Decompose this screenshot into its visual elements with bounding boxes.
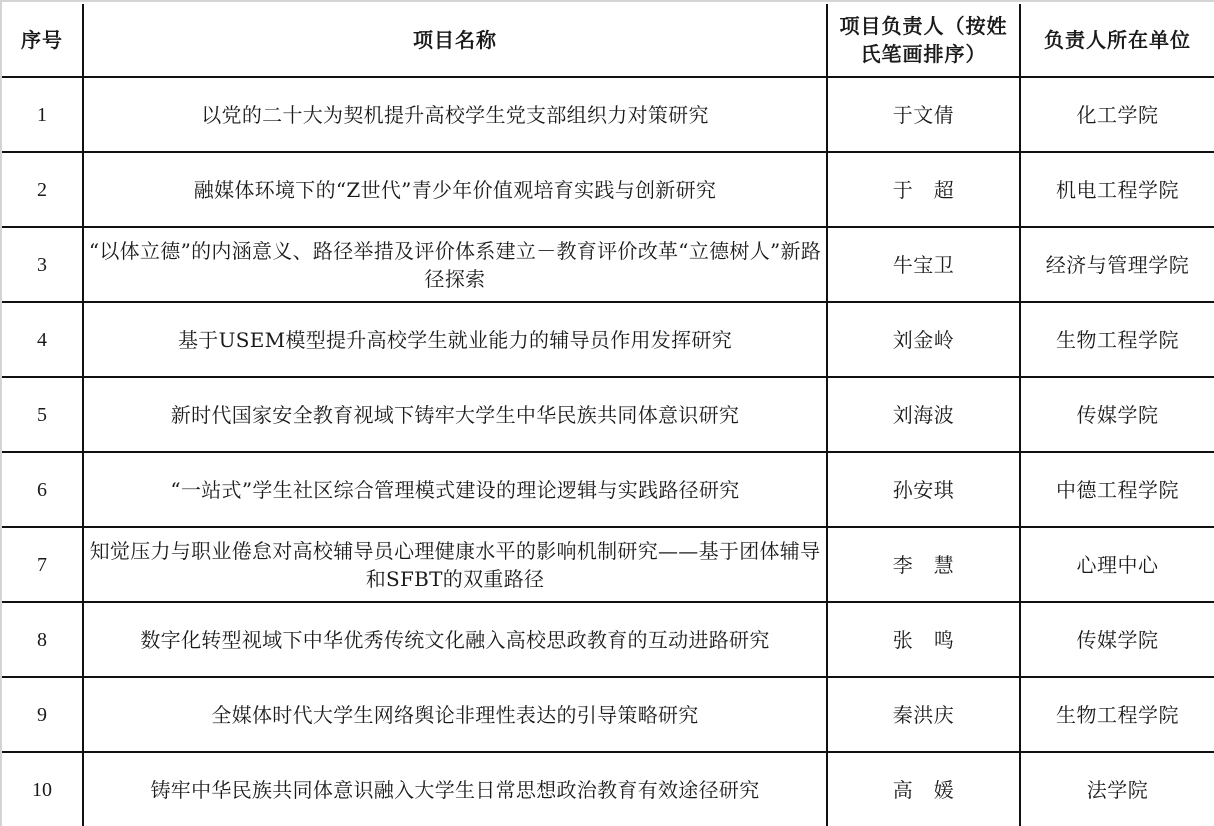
row-unit: 中德工程学院 [1020,452,1214,527]
document-page: 序号 项目名称 项目负责人（按姓氏笔画排序） 负责人所在单位 1 以党的二十大为… [0,0,1214,826]
row-project-name: 知觉压力与职业倦怠对高校辅导员心理健康水平的影响机制研究——基于团体辅导和SFB… [83,527,827,602]
header-no: 序号 [2,4,83,77]
row-no: 4 [2,302,83,377]
row-project-name: 新时代国家安全教育视域下铸牢大学生中华民族共同体意识研究 [83,377,827,452]
row-leader: 孙安琪 [827,452,1020,527]
row-unit: 化工学院 [1020,77,1214,152]
row-unit: 心理中心 [1020,527,1214,602]
header-leader-unit: 负责人所在单位 [1020,4,1214,77]
row-unit: 生物工程学院 [1020,677,1214,752]
header-project-leader: 项目负责人（按姓氏笔画排序） [827,4,1020,77]
project-table: 序号 项目名称 项目负责人（按姓氏笔画排序） 负责人所在单位 1 以党的二十大为… [2,4,1214,826]
row-project-name: 融媒体环境下的“Z世代”青少年价值观培育实践与创新研究 [83,152,827,227]
row-project-name: “以体立德”的内涵意义、路径举措及评价体系建立－教育评价改革“立德树人”新路径探… [83,227,827,302]
table-row: 8 数字化转型视域下中华优秀传统文化融入高校思政教育的互动进路研究 张 鸣 传媒… [2,602,1214,677]
row-unit: 生物工程学院 [1020,302,1214,377]
table-row: 6 “一站式”学生社区综合管理模式建设的理论逻辑与实践路径研究 孙安琪 中德工程… [2,452,1214,527]
row-leader: 张 鸣 [827,602,1020,677]
row-no: 8 [2,602,83,677]
row-leader: 牛宝卫 [827,227,1020,302]
header-project-name: 项目名称 [83,4,827,77]
row-leader: 李 慧 [827,527,1020,602]
row-no: 3 [2,227,83,302]
row-no: 7 [2,527,83,602]
table-header-row: 序号 项目名称 项目负责人（按姓氏笔画排序） 负责人所在单位 [2,4,1214,77]
row-no: 6 [2,452,83,527]
table-row: 10 铸牢中华民族共同体意识融入大学生日常思想政治教育有效途径研究 高 媛 法学… [2,752,1214,826]
row-project-name: 以党的二十大为契机提升高校学生党支部组织力对策研究 [83,77,827,152]
table-row: 5 新时代国家安全教育视域下铸牢大学生中华民族共同体意识研究 刘海波 传媒学院 [2,377,1214,452]
table-row: 7 知觉压力与职业倦怠对高校辅导员心理健康水平的影响机制研究——基于团体辅导和S… [2,527,1214,602]
row-unit: 法学院 [1020,752,1214,826]
row-project-name: 数字化转型视域下中华优秀传统文化融入高校思政教育的互动进路研究 [83,602,827,677]
row-project-name: 全媒体时代大学生网络舆论非理性表达的引导策略研究 [83,677,827,752]
row-no: 9 [2,677,83,752]
table-row: 3 “以体立德”的内涵意义、路径举措及评价体系建立－教育评价改革“立德树人”新路… [2,227,1214,302]
row-unit: 经济与管理学院 [1020,227,1214,302]
row-leader: 秦洪庆 [827,677,1020,752]
table-row: 2 融媒体环境下的“Z世代”青少年价值观培育实践与创新研究 于 超 机电工程学院 [2,152,1214,227]
table-row: 1 以党的二十大为契机提升高校学生党支部组织力对策研究 于文倩 化工学院 [2,77,1214,152]
row-unit: 传媒学院 [1020,602,1214,677]
row-leader: 刘金岭 [827,302,1020,377]
row-no: 2 [2,152,83,227]
table-row: 9 全媒体时代大学生网络舆论非理性表达的引导策略研究 秦洪庆 生物工程学院 [2,677,1214,752]
row-project-name: 基于USEM模型提升高校学生就业能力的辅导员作用发挥研究 [83,302,827,377]
row-no: 1 [2,77,83,152]
row-unit: 传媒学院 [1020,377,1214,452]
row-unit: 机电工程学院 [1020,152,1214,227]
table-body: 1 以党的二十大为契机提升高校学生党支部组织力对策研究 于文倩 化工学院 2 融… [2,77,1214,826]
row-no: 10 [2,752,83,826]
row-leader: 高 媛 [827,752,1020,826]
row-leader: 于 超 [827,152,1020,227]
row-project-name: 铸牢中华民族共同体意识融入大学生日常思想政治教育有效途径研究 [83,752,827,826]
row-no: 5 [2,377,83,452]
row-leader: 于文倩 [827,77,1020,152]
row-project-name: “一站式”学生社区综合管理模式建设的理论逻辑与实践路径研究 [83,452,827,527]
table-row: 4 基于USEM模型提升高校学生就业能力的辅导员作用发挥研究 刘金岭 生物工程学… [2,302,1214,377]
row-leader: 刘海波 [827,377,1020,452]
